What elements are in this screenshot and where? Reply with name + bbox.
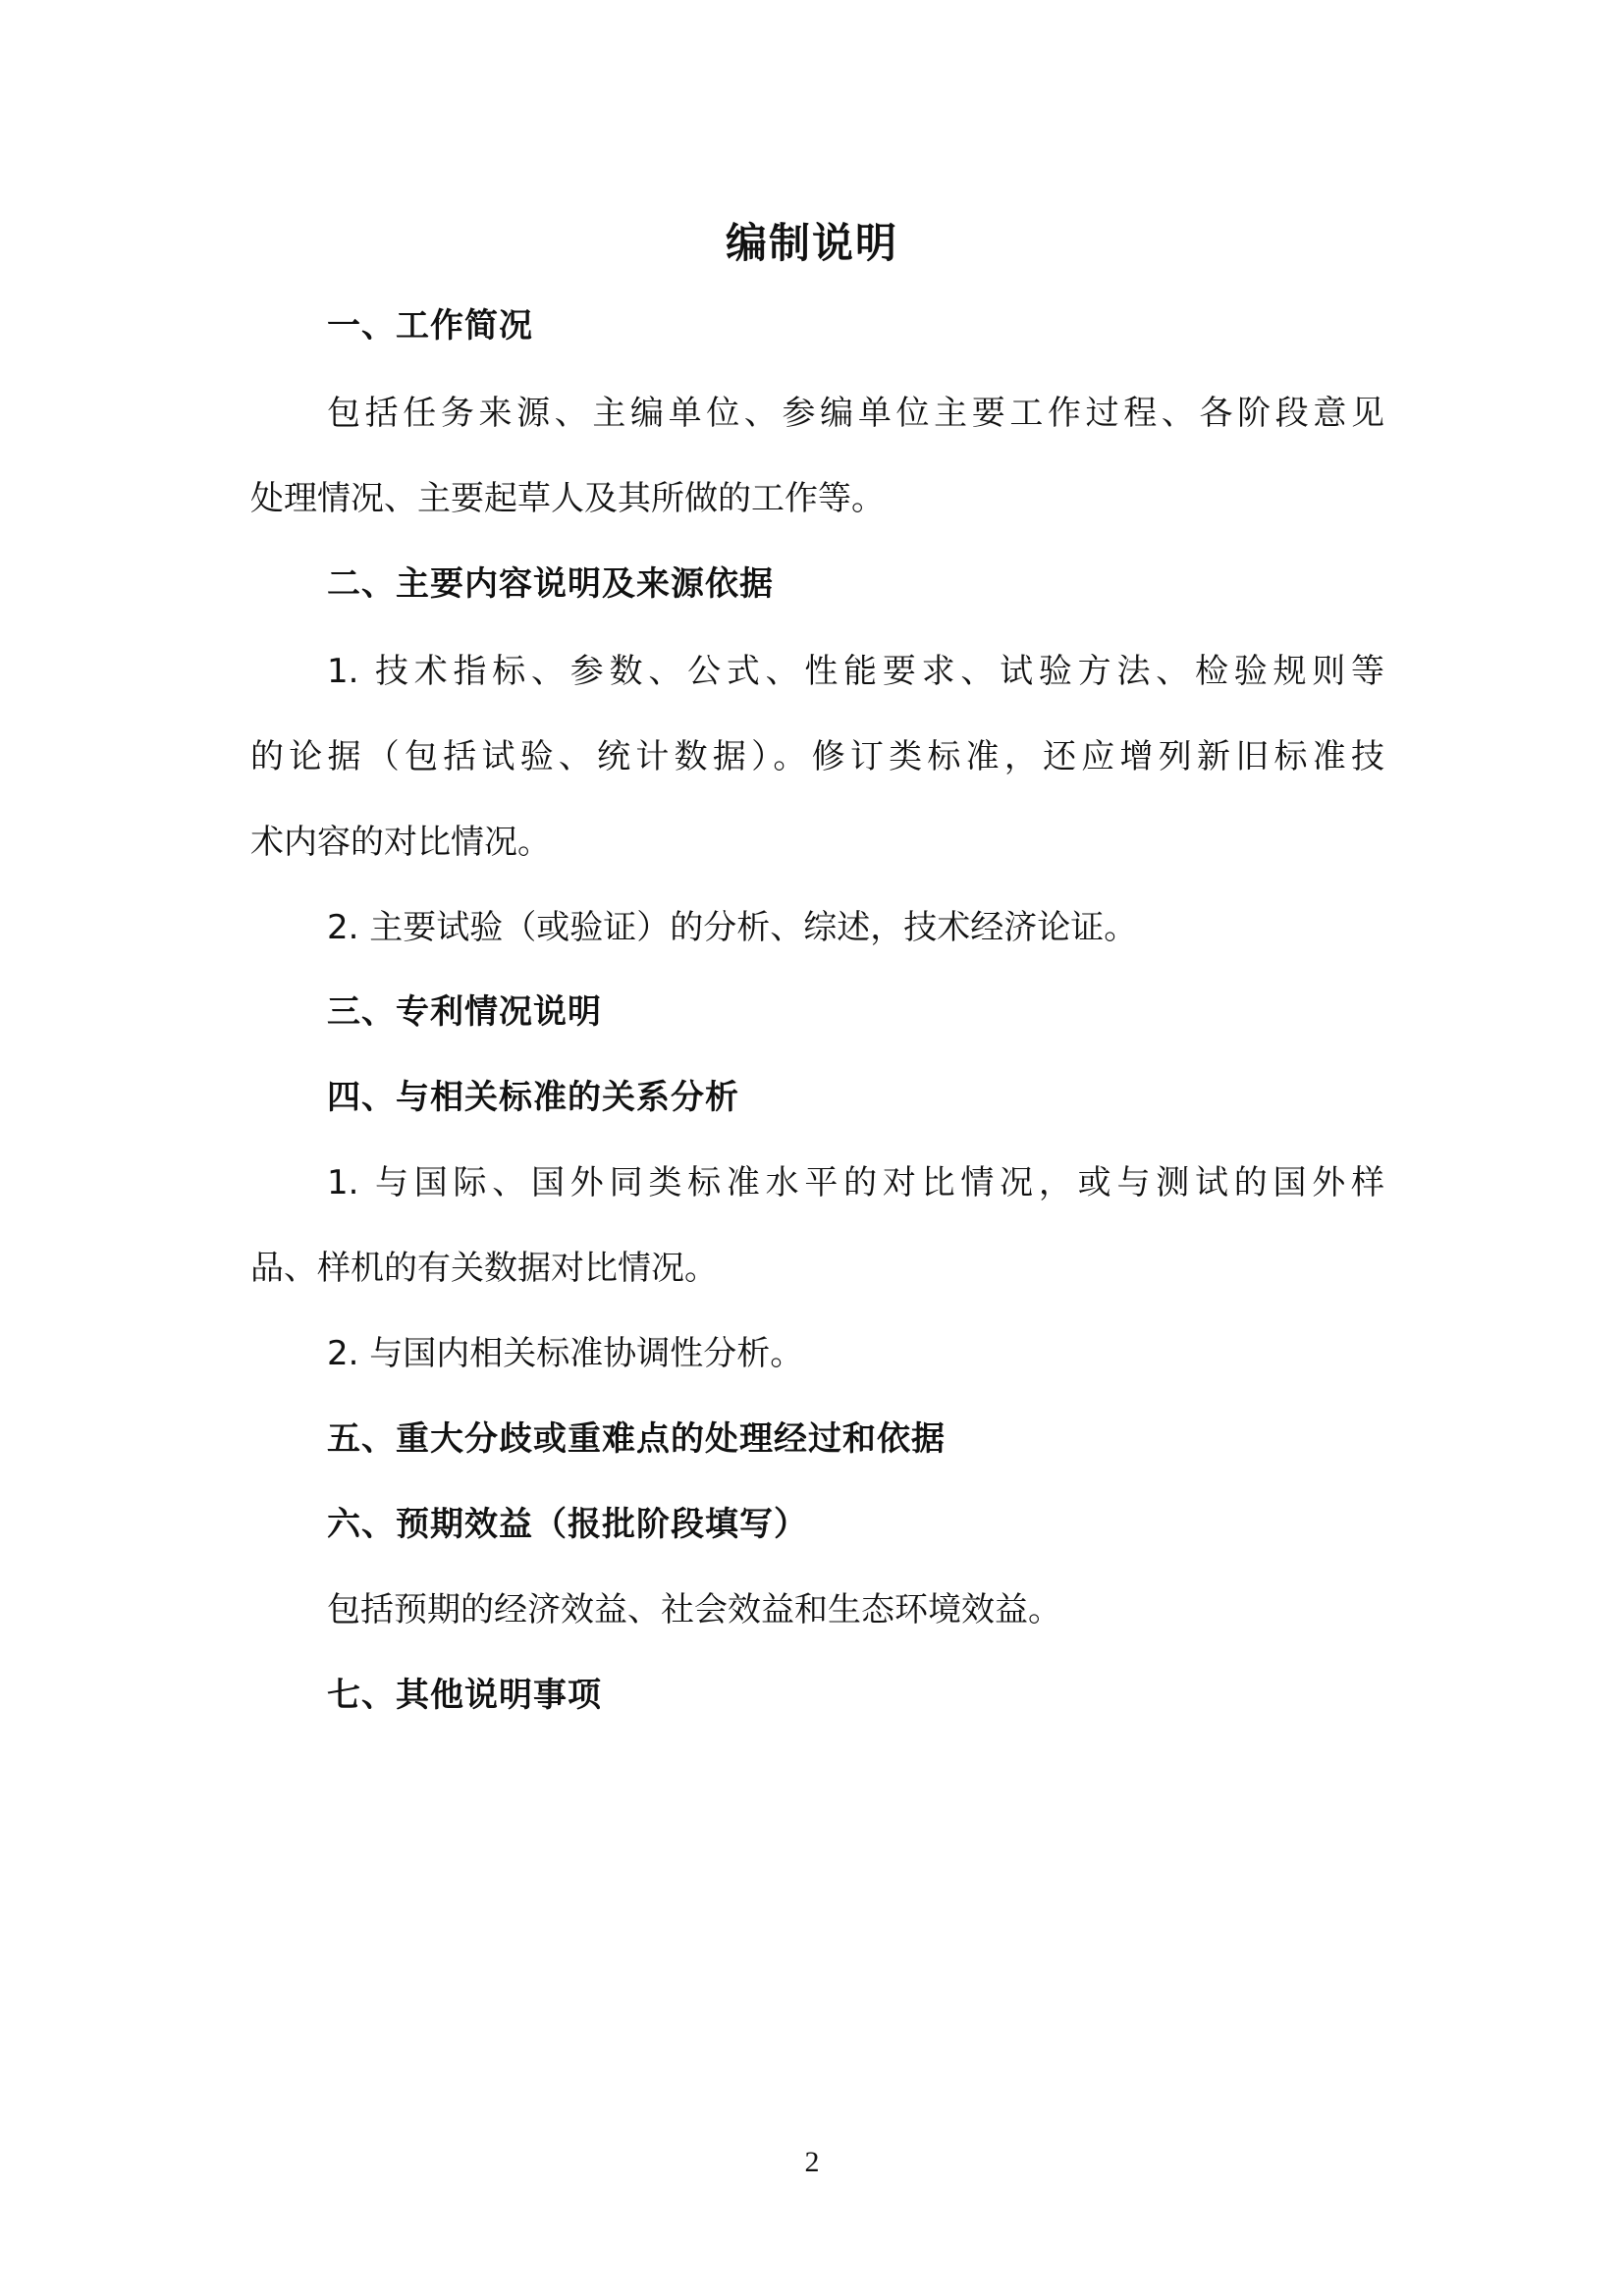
paragraph-line: 2. 与国内相关标准协调性分析。 [327,1331,803,1376]
section-heading-6: 六、预期效益（报批阶段填写） [327,1502,808,1547]
paragraph-line: 2. 主要试验（或验证）的分析、综述，技术经济论证。 [327,905,1137,950]
document-page: 编制说明 一、工作简况 包括任务来源、主编单位、参编单位主要工作过程、各阶段意见… [0,0,1624,2296]
section-heading-7: 七、其他说明事项 [327,1673,602,1718]
paragraph-line: 包括预期的经济效益、社会效益和生态环境效益。 [327,1587,1061,1632]
section-heading-4: 四、与相关标准的关系分析 [327,1075,739,1120]
paragraph-line: 术内容的对比情况。 [250,820,551,865]
paragraph-line: 品、样机的有关数据对比情况。 [250,1246,718,1291]
section-heading-5: 五、重大分歧或重难点的处理经过和依据 [327,1416,946,1462]
page-number: 2 [0,2146,1624,2179]
paragraph-line: 的论据（包括试验、统计数据）。修订类标准，还应增列新旧标准技 [250,734,1384,779]
section-heading-2: 二、主要内容说明及来源依据 [327,561,774,607]
document-title: 编制说明 [0,218,1624,269]
paragraph-line: 包括任务来源、主编单位、参编单位主要工作过程、各阶段意见 [327,391,1384,436]
section-heading-3: 三、专利情况说明 [327,989,602,1035]
paragraph-line: 1. 与国际、国外同类标准水平的对比情况，或与测试的国外样 [327,1160,1384,1205]
paragraph-line: 处理情况、主要起草人及其所做的工作等。 [250,476,885,521]
paragraph-line: 1. 技术指标、参数、公式、性能要求、试验方法、检验规则等 [327,649,1384,694]
section-heading-1: 一、工作简况 [327,303,533,348]
